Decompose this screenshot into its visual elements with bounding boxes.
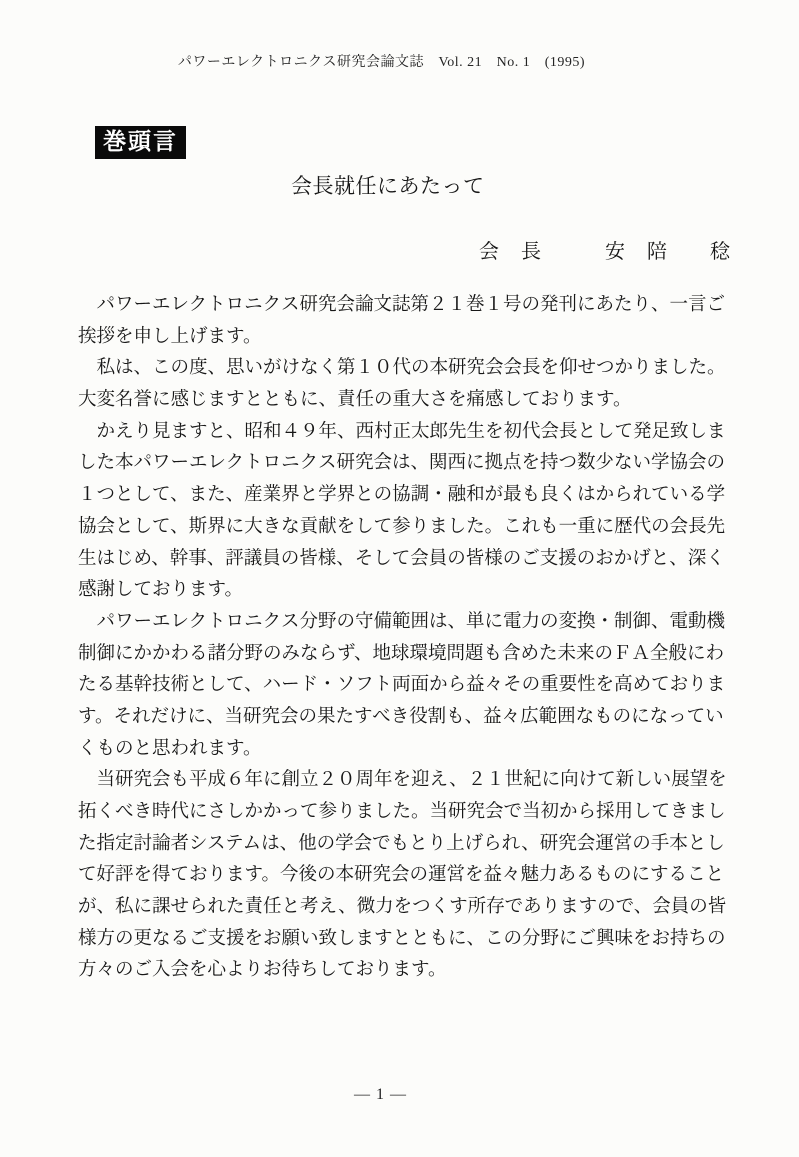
- article-title: 会長就任にあたって: [291, 170, 485, 200]
- body-line: 様方の更なるご支援をお願い致しますとともに、この分野にご興味をお持ちの: [78, 924, 726, 956]
- body-line: 方々のご入会を心よりお待ちしております。: [78, 955, 726, 987]
- page-number: — 1 —: [0, 1086, 799, 1104]
- body-line: 拓くべき時代にさしかかって参りました。当研究会で当初から採用してきまし: [78, 797, 726, 829]
- body-line: す。それだけに、当研究会の果たすべき役割も、益々広範囲なものになってい: [78, 702, 726, 734]
- body-line: かえり見ますと、昭和４９年、西村正太郎先生を初代会長として発足致しま: [78, 417, 726, 449]
- body-line: くものと思われます。: [78, 734, 726, 766]
- body-text: パワーエレクトロニクス研究会論文誌第２１巻１号の発刊にあたり、一言ご挨拶を申し上…: [78, 290, 726, 987]
- body-line: パワーエレクトロニクス研究会論文誌第２１巻１号の発刊にあたり、一言ご: [78, 290, 726, 322]
- body-line: 挨拶を申し上げます。: [78, 322, 726, 354]
- body-line: 感謝しております。: [78, 575, 726, 607]
- scanned-journal-page: パワーエレクトロニクス研究会論文誌 Vol. 21 No. 1 (1995) 巻…: [0, 0, 799, 1157]
- body-line: が、私に課せられた責任と考え、微力をつくす所存でありますので、会員の皆: [78, 892, 726, 924]
- journal-header: パワーエレクトロニクス研究会論文誌 Vol. 21 No. 1 (1995): [0, 51, 799, 71]
- body-line: パワーエレクトロニクス分野の守備範囲は、単に電力の変換・制御、電動機: [78, 607, 726, 639]
- section-label-kantogen: 巻頭言: [95, 126, 186, 159]
- body-line: 生はじめ、幹事、評議員の皆様、そして会員の皆様のご支援のおかげと、深く: [78, 544, 726, 576]
- body-line: 協会として、斯界に大きな貢献をして参りました。これも一重に歴代の会長先: [78, 512, 726, 544]
- body-line: たる基幹技術として、ハード・ソフト両面から益々その重要性を高めておりま: [78, 670, 726, 702]
- author-line: 会 長 安 陪 稔: [479, 235, 731, 264]
- body-line: 制御にかかわる諸分野のみならず、地球環境問題も含めた未来のＦＡ全般にわ: [78, 639, 726, 671]
- body-line: １つとして、また、産業界と学界との協調・融和が最も良くはかられている学: [78, 480, 726, 512]
- body-line: た指定討論者システムは、他の学会でもとり上げられ、研究会運営の手本とし: [78, 829, 726, 861]
- body-line: 私は、この度、思いがけなく第１０代の本研究会会長を仰せつかりました。: [78, 353, 726, 385]
- body-line: 当研究会も平成６年に創立２０周年を迎え、２１世紀に向けて新しい展望を: [78, 765, 726, 797]
- body-line: て好評を得ております。今後の本研究会の運営を益々魅力あるものにすること: [78, 860, 726, 892]
- body-line: 大変名誉に感じますとともに、責任の重大さを痛感しております。: [78, 385, 726, 417]
- body-line: した本パワーエレクトロニクス研究会は、関西に拠点を持つ数少ない学協会の: [78, 448, 726, 480]
